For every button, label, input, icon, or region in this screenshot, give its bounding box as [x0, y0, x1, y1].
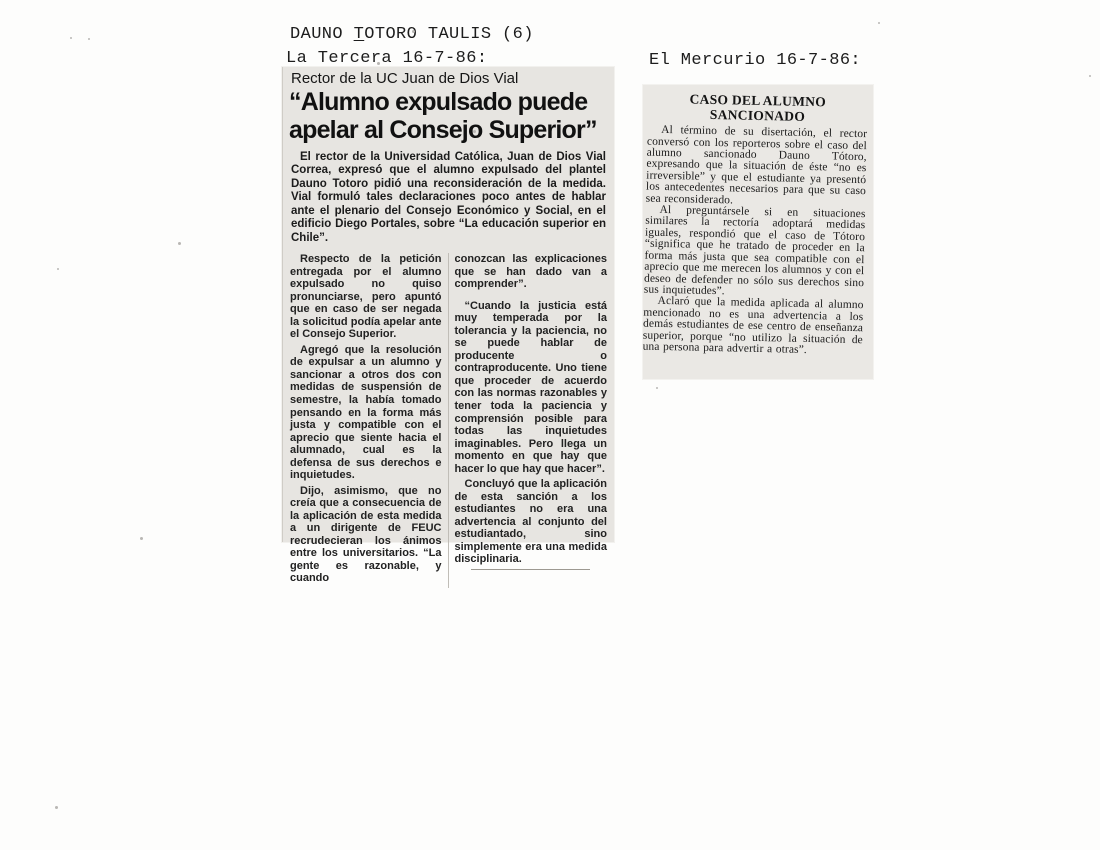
header-note-post: OTORO TAULIS (6)	[364, 25, 534, 44]
scan-speck	[1089, 75, 1091, 77]
scan-speck	[878, 22, 880, 24]
scan-speck	[178, 242, 181, 245]
article-title: CASO DEL ALUMNO SANCIONADO	[647, 91, 868, 126]
scan-speck	[88, 38, 90, 40]
paragraph: Aclaró que la medida aplicada al alumno …	[643, 296, 864, 358]
scan-speck	[656, 387, 658, 389]
la-tercera-clipping: Rector de la UC Juan de Dios Vial “Alumn…	[282, 67, 614, 542]
header-note-underlined-letter: T	[354, 25, 365, 44]
headline-line-1: “Alumno expulsado puede	[289, 88, 587, 116]
article-columns: Respecto de la petición entregada por el…	[290, 253, 607, 588]
scan-speck	[377, 62, 380, 65]
scan-speck	[55, 806, 58, 809]
paragraph: Concluyó que la aplicación de esta sanci…	[455, 478, 608, 566]
paragraph: Respecto de la petición entregada por el…	[290, 253, 442, 341]
el-mercurio-source-caption: El Mercurio 16-7-86:	[649, 51, 861, 70]
headline-line-2: apelar al Consejo Superior”	[289, 116, 597, 144]
scan-speck	[70, 37, 72, 39]
paragraph: Al preguntársele si en situaciones simil…	[644, 205, 866, 301]
header-note-pre: DAUNO	[290, 25, 354, 44]
title-line-2: SANCIONADO	[710, 107, 806, 124]
paragraph: “Cuando la justicia está muy temperada p…	[455, 300, 608, 475]
scan-speck	[412, 30, 415, 33]
article-headline: “Alumno expulsado puede apelar al Consej…	[289, 89, 608, 144]
article-lead: El rector de la Universidad Católica, Ju…	[291, 151, 606, 245]
page-header-note: DAUNO TOTORO TAULIS (6)	[290, 25, 534, 44]
scanned-document-page: DAUNO TOTORO TAULIS (6) La Tercera 16-7-…	[0, 0, 1100, 850]
article-column-1: Respecto de la petición entregada por el…	[290, 253, 449, 588]
el-mercurio-clipping: CASO DEL ALUMNO SANCIONADO Al término de…	[643, 85, 873, 379]
scan-speck	[57, 268, 59, 270]
paragraph: conozcan las explicaciones que se han da…	[455, 253, 608, 291]
paragraph: Al término de su disertación, el rector …	[646, 125, 868, 209]
article-column-2: conozcan las explicaciones que se han da…	[449, 253, 608, 588]
paragraph: Agregó que la resolución de expulsar a u…	[290, 344, 442, 482]
article-end-rule	[471, 569, 590, 570]
el-mercurio-article: CASO DEL ALUMNO SANCIONADO Al término de…	[643, 91, 868, 358]
scan-speck	[140, 537, 143, 540]
article-kicker: Rector de la UC Juan de Dios Vial	[291, 70, 608, 87]
paragraph: Dijo, asimismo, que no creía que a conse…	[290, 485, 442, 585]
la-tercera-source-caption: La Tercera 16-7-86:	[286, 49, 487, 68]
scan-speck	[473, 130, 476, 133]
